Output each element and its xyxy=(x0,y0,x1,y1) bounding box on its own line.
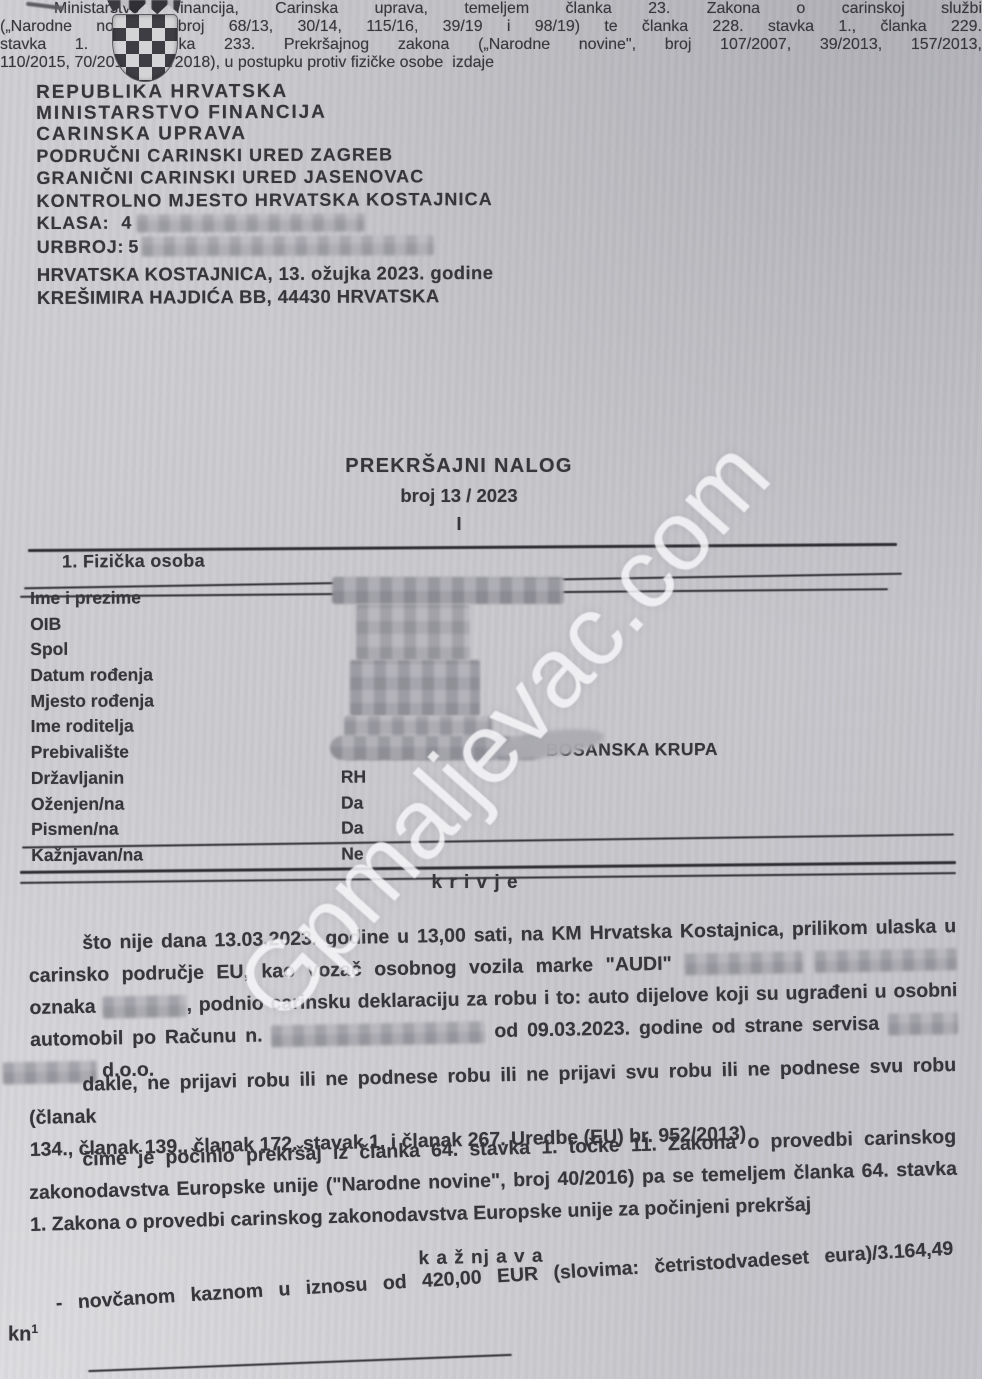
row-label: Ime i prezime xyxy=(30,585,340,612)
urbroj-visible-digit: 5 xyxy=(128,235,139,259)
footnote-rule xyxy=(88,1354,512,1372)
urbroj-line: URBROJ: 5 xyxy=(37,234,494,259)
redaction-urbroj xyxy=(142,236,434,257)
row-label: Oženjen/na xyxy=(31,790,341,817)
redaction-vehicle xyxy=(815,948,957,973)
org-line: CARINSKA UPRAVA xyxy=(36,122,493,145)
redaction-block xyxy=(332,577,564,604)
section-numeral: I xyxy=(0,514,918,535)
text-segment: automobil po Računu n. xyxy=(30,1025,263,1051)
text-segment: izdaje xyxy=(452,54,494,71)
row-label: Prebivalište xyxy=(31,739,341,766)
crest-checkerboard-shield xyxy=(112,14,178,82)
row-label: Pismen/na xyxy=(31,816,341,843)
verdict-heading: k r i v j e xyxy=(0,872,950,894)
row-label: Mjesto rođenja xyxy=(30,687,340,714)
footnote-mark: 1 xyxy=(31,1322,38,1336)
row-label: Datum rođenja xyxy=(30,662,340,689)
org-line: REPUBLIKA HRVATSKA xyxy=(36,80,493,103)
urbroj-label: URBROJ: xyxy=(37,235,125,259)
text-segment: 110/2015, 70/2017 i 118/2018), u postupk… xyxy=(0,54,443,71)
redaction-plate xyxy=(102,995,186,1019)
intro-paragraph xyxy=(30,349,955,359)
currency-footnote: kn1 xyxy=(8,1322,38,1347)
redaction-block xyxy=(356,604,470,660)
row-value: RH xyxy=(341,764,366,790)
row-label: Spol xyxy=(30,636,340,663)
klasa-label: KLASA: xyxy=(37,212,110,236)
crest-crown xyxy=(107,0,181,15)
scanned-customs-penalty-document: REPUBLIKA HRVATSKA MINISTARSTVO FINANCIJ… xyxy=(0,0,982,1379)
row-label: Ime roditelja xyxy=(31,713,341,740)
redaction-klasa xyxy=(136,214,364,233)
redaction-service xyxy=(888,1012,958,1035)
text-segment: oznaka xyxy=(29,996,96,1019)
croatia-coat-of-arms xyxy=(103,0,185,86)
klasa-visible-digit: 4 xyxy=(121,212,132,236)
table-row: OIB xyxy=(30,608,955,638)
office-line: KONTROLNO MJESTO HRVATSKA KOSTAJNICA xyxy=(36,188,493,212)
document-title: PREKRŠAJNI NALOG xyxy=(0,455,918,478)
org-line: MINISTARSTVO FINANCIJA xyxy=(36,101,493,124)
klasa-line: KLASA: 4 xyxy=(37,210,494,235)
address-line: KREŠIMIRA HAJDIĆA BB, 44430 HRVATSKA xyxy=(37,285,494,309)
currency-label: kn xyxy=(8,1324,31,1346)
row-label: OIB xyxy=(30,610,340,637)
person-section-heading: 1. Fizička osoba xyxy=(62,551,205,573)
row-label: Državljanin xyxy=(31,764,341,791)
text-segment: od 09.03.2023. godine od strane servisa xyxy=(494,1013,879,1042)
place-date-line: HRVATSKA KOSTAJNICA, 13. ožujka 2023. go… xyxy=(37,262,494,286)
document-header: REPUBLIKA HRVATSKA MINISTARSTVO FINANCIJ… xyxy=(36,80,494,309)
office-line: PODRUČNI CARINSKI URED ZAGREB xyxy=(36,143,493,167)
office-line: GRANIČNI CARINSKI URED JASENOVAC xyxy=(36,165,493,189)
redaction-vehicle xyxy=(684,951,802,975)
